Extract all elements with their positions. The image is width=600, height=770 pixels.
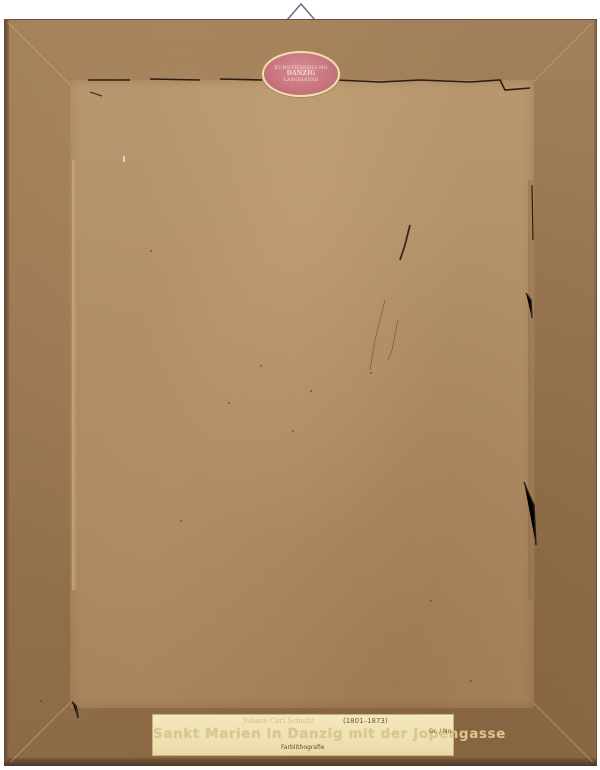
- speck: [470, 680, 472, 682]
- speck: [430, 600, 432, 602]
- frame-left-edge: [4, 19, 9, 765]
- title-label: Johann Carl Schultz (1801–1873) Sankt Ma…: [153, 715, 453, 755]
- framed-picture-back: KUNSTHANDLUNG DANZIG LANGGASSE Johann Ca…: [0, 0, 600, 770]
- paper-fold: [72, 160, 78, 590]
- speck: [228, 402, 230, 404]
- speck: [40, 700, 42, 702]
- maker-label: KUNSTHANDLUNG DANZIG LANGGASSE: [262, 51, 340, 97]
- artist-dates: (1801–1873): [343, 717, 388, 725]
- paper-fold: [528, 180, 536, 600]
- artwork-title: Sankt Marien in Danzig mit der Jopengass…: [153, 726, 453, 742]
- artwork-medium: Farblithografie: [281, 744, 324, 751]
- speck: [292, 430, 294, 432]
- speck: [310, 390, 312, 392]
- paper-backing: [70, 80, 534, 708]
- speck: [260, 365, 262, 367]
- maker-label-line3: LANGGASSE: [283, 77, 318, 83]
- frame-bottom-edge: [4, 758, 597, 766]
- speck: [370, 372, 372, 374]
- speck: [150, 250, 152, 252]
- label-suffix: Gr. / No.: [429, 728, 453, 735]
- speck: [180, 520, 182, 522]
- artist-name: Johann Carl Schultz: [243, 717, 314, 725]
